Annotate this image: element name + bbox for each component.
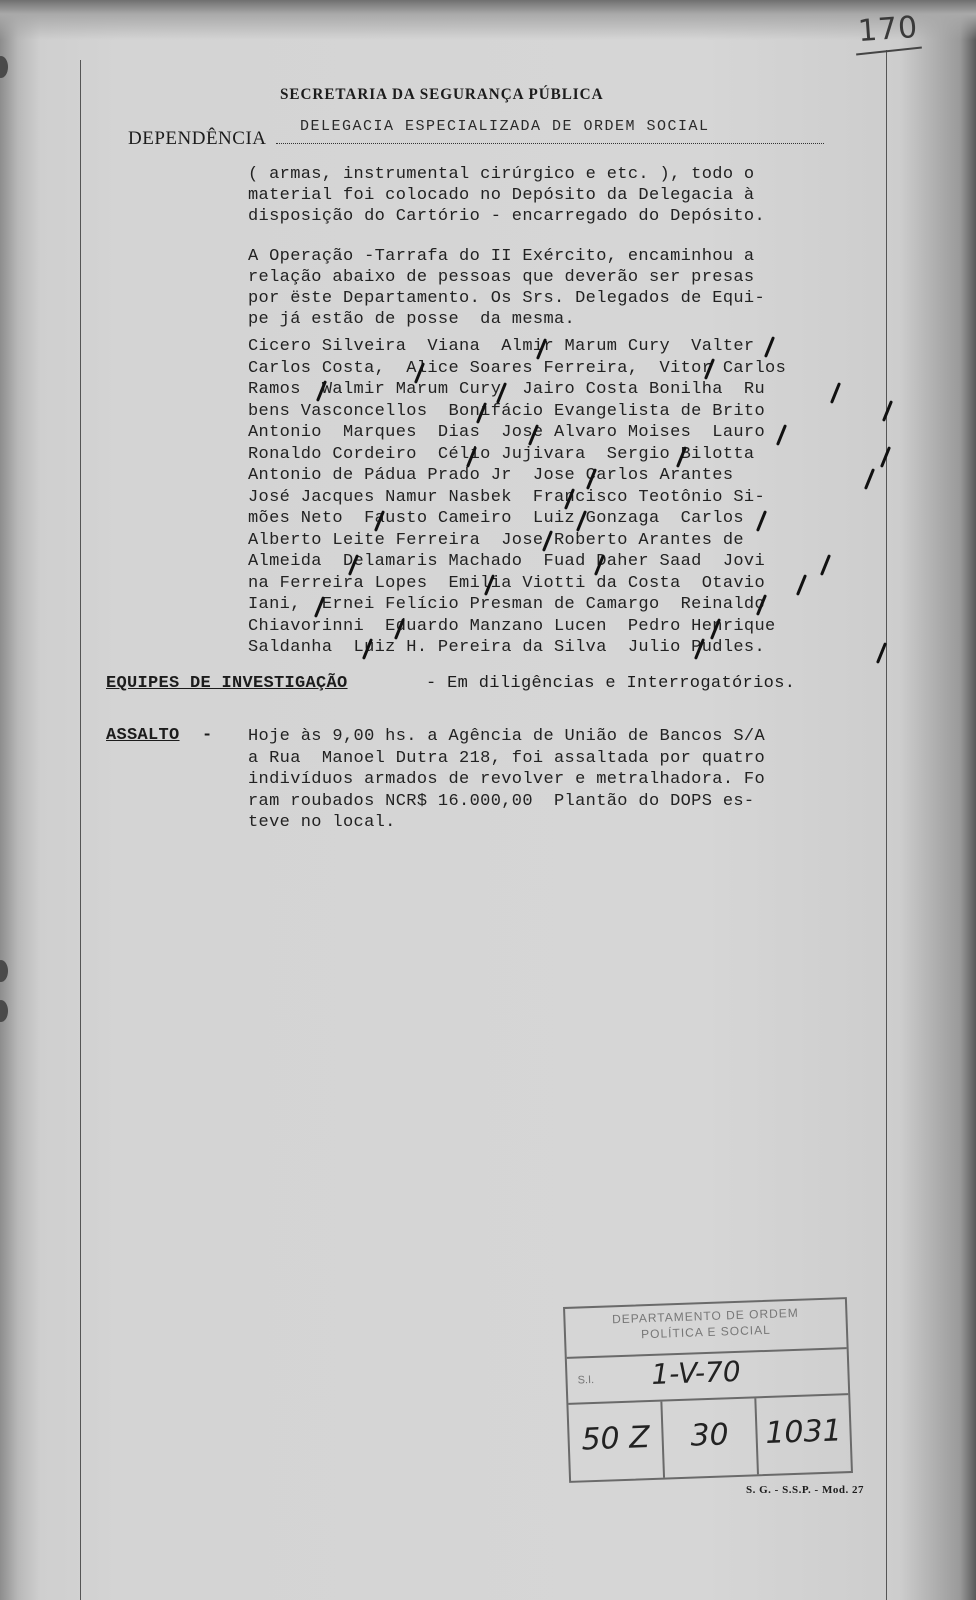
equipes-heading: EQUIPES DE INVESTIGAÇÃO [106, 674, 348, 693]
binder-hole [0, 1000, 8, 1022]
dependencia-label: DEPENDÊNCIA [128, 128, 267, 150]
assalto-heading: ASSALTO [106, 726, 180, 745]
equipes-text: - Em diligências e Interrogatórios. [426, 674, 795, 693]
assalto-dash: - [202, 726, 212, 745]
stamp-cell-number: 1031 [756, 1395, 851, 1474]
assalto-text: Hoje às 9,00 hs. a Agência de União de B… [248, 726, 888, 834]
department-stamp: DEPARTAMENTO DE ORDEM POLÍTICA E SOCIAL … [563, 1297, 853, 1483]
dependencia-underline [276, 143, 824, 144]
scanned-document-page: 170 SECRETARIA DA SEGURANÇA PÚBLICA DEPE… [0, 0, 976, 1600]
header-title: SECRETARIA DA SEGURANÇA PÚBLICA [280, 86, 604, 104]
binder-hole [0, 960, 8, 982]
stamp-cell-box: 50 Z [568, 1402, 665, 1481]
form-code: S. G. - S.S.P. - Mod. 27 [746, 1484, 864, 1496]
stamp-cell-folder: 30 [662, 1398, 759, 1477]
stamp-date-prefix: S.I. [577, 1374, 594, 1387]
folio-number: 170 [857, 10, 920, 49]
paragraph-operacao-tarrafa: A Operação -Tarrafa do II Exército, enca… [248, 246, 888, 330]
stamp-cells: 50 Z 30 1031 [568, 1395, 850, 1481]
stamp-date: 1-V-70 [651, 1355, 741, 1391]
binder-hole [0, 56, 8, 78]
left-margin-rule [80, 60, 81, 1600]
paragraph-material: ( armas, instrumental cirúrgico e etc. )… [248, 164, 888, 227]
dependencia-value: DELEGACIA ESPECIALIZADA DE ORDEM SOCIAL [300, 118, 710, 135]
